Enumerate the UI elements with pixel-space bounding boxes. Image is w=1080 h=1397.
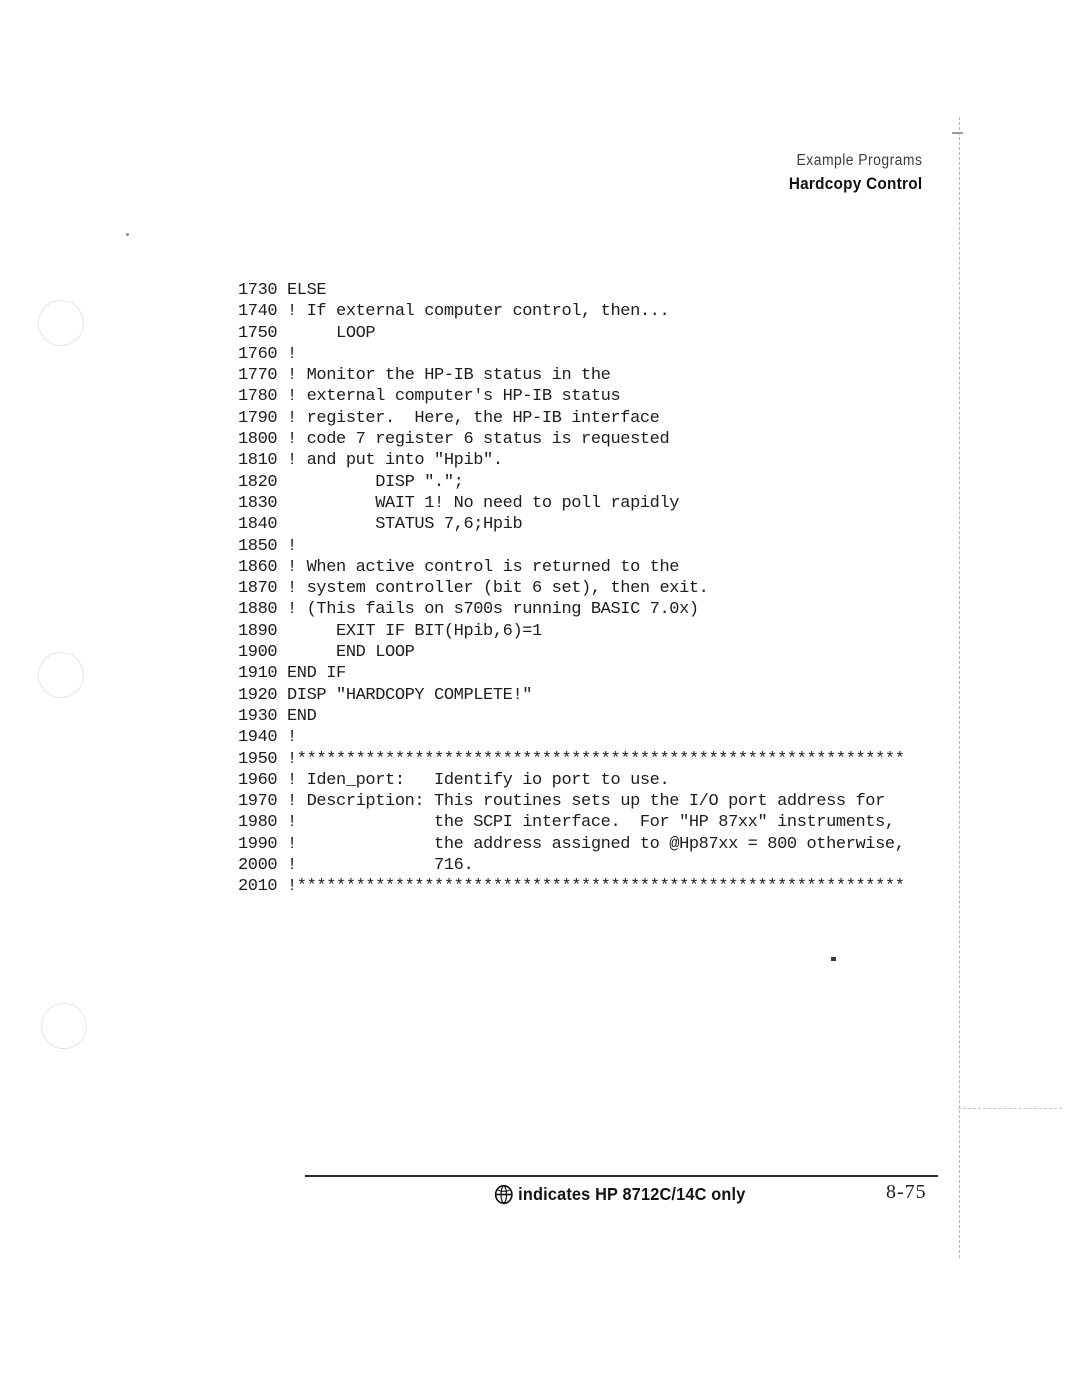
right-margin-line — [959, 117, 960, 1258]
page-number: 8-75 — [886, 1181, 927, 1204]
scan-speck — [126, 233, 129, 236]
code-listing: 1730 ELSE 1740 ! If external computer co… — [238, 280, 905, 898]
footer-rule — [305, 1175, 938, 1177]
footer-note: indicates HP 8712C/14C only — [494, 1184, 745, 1205]
right-margin-dash — [958, 1108, 1062, 1109]
footer-note-text: indicates HP 8712C/14C only — [518, 1184, 745, 1205]
page-header: Example Programs Hardcopy Control — [788, 152, 922, 194]
globe-icon — [494, 1184, 514, 1205]
section-name: Example Programs — [788, 152, 922, 170]
punch-hole-ghost — [41, 1003, 87, 1049]
margin-line-tick — [952, 132, 963, 134]
page-title: Hardcopy Control — [788, 174, 922, 194]
punch-hole-ghost — [38, 652, 84, 698]
manual-page: Example Programs Hardcopy Control 1730 E… — [0, 0, 1080, 1397]
punch-hole-ghost — [38, 300, 84, 346]
scan-speck — [831, 957, 836, 961]
